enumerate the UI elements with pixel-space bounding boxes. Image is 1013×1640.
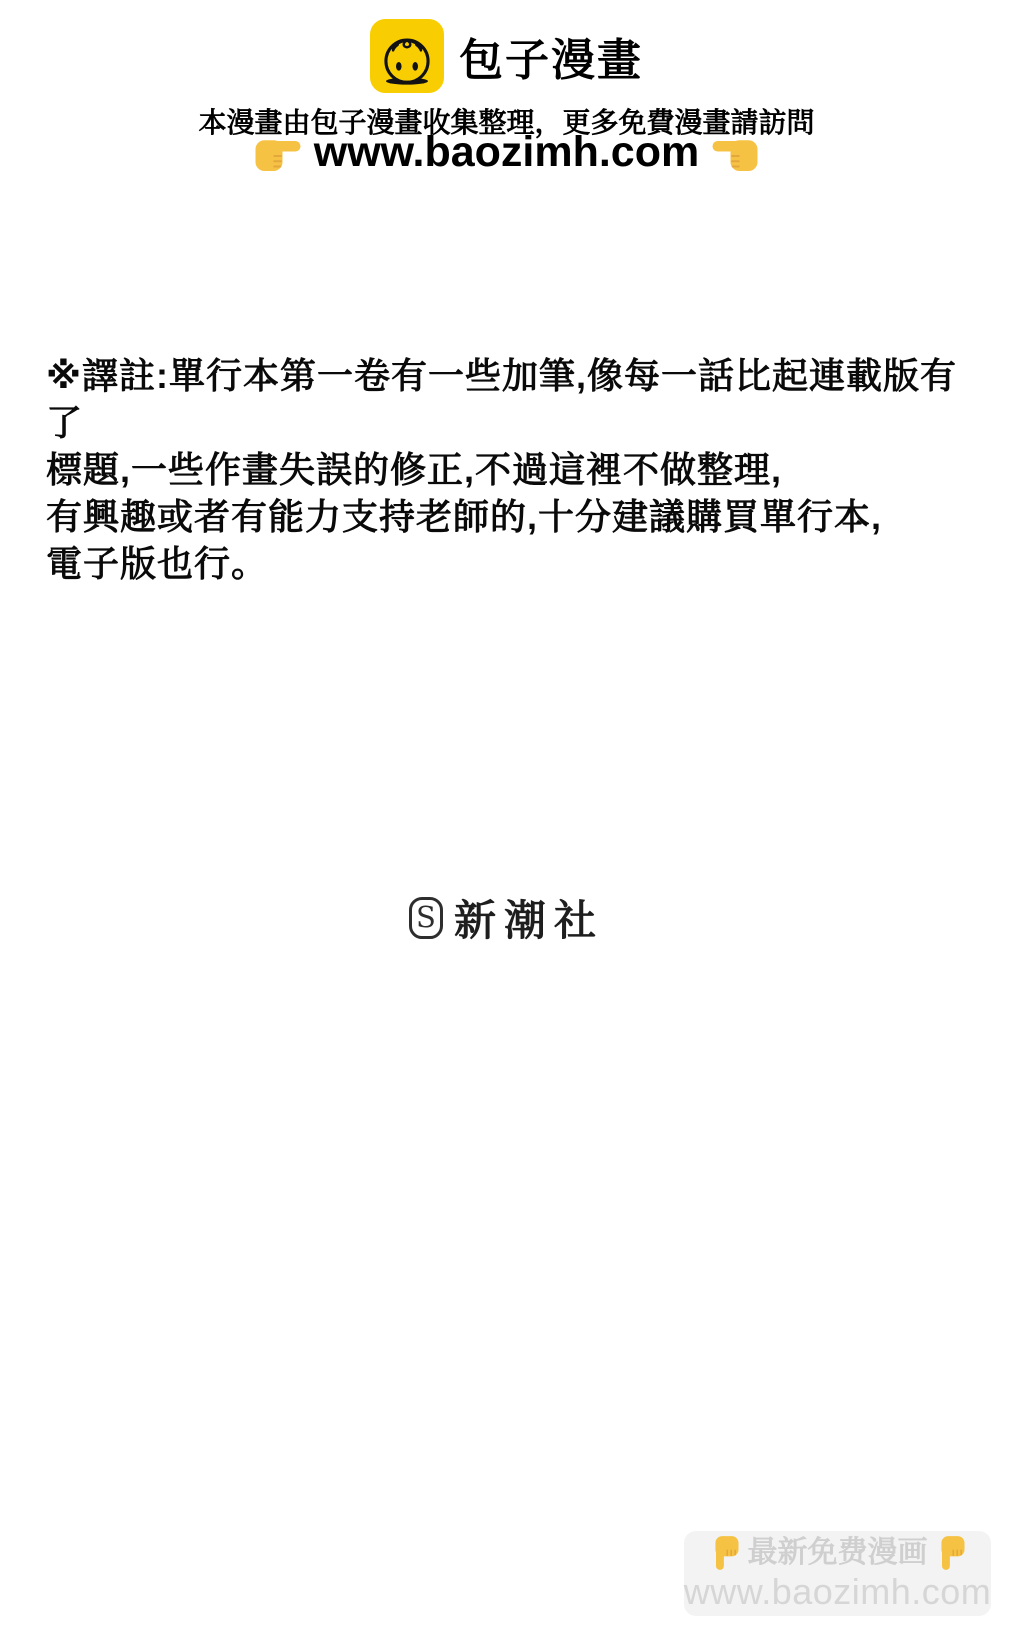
site-url: www.baozimh.com <box>314 128 699 177</box>
translator-note: ※譯註:單行本第一卷有一些加筆,像每一話比起連載版有了 標題,一些作畫失誤的修正… <box>46 352 986 587</box>
point-left-emoji-icon <box>711 129 759 177</box>
baozi-app-icon <box>370 19 444 93</box>
publisher-name: 新潮社 <box>454 888 604 948</box>
point-down-emoji-icon <box>933 1535 969 1571</box>
manga-credit-page: 包子漫畫 本漫畫由包子漫畫收集整理，更多免費漫畫請訪問 www.baozimh.… <box>0 0 1013 1640</box>
note-line: 有興趣或者有能力支持老師的,十分建議購買單行本, <box>46 493 986 540</box>
note-line: 電子版也行。 <box>46 540 986 587</box>
watermark-text: 最新免费漫画 <box>748 1536 928 1569</box>
point-down-emoji-icon <box>707 1535 743 1571</box>
site-header: 包子漫畫 <box>0 19 1013 93</box>
note-line: 標題,一些作畫失誤的修正,不過這裡不做整理, <box>46 446 986 493</box>
site-url-row: www.baozimh.com <box>0 128 1013 177</box>
publisher-logo: S 新潮社 <box>0 893 1013 943</box>
publisher-s-mark-icon: S <box>409 897 443 939</box>
point-right-emoji-icon <box>254 129 302 177</box>
watermark-box: 最新免费漫画 www.baozimh.com <box>684 1531 991 1616</box>
watermark-url: www.baozimh.com <box>684 1571 992 1612</box>
note-line: ※譯註:單行本第一卷有一些加筆,像每一話比起連載版有了 <box>46 352 986 446</box>
watermark-line1: 最新免费漫画 <box>707 1535 969 1571</box>
site-name: 包子漫畫 <box>459 24 643 88</box>
